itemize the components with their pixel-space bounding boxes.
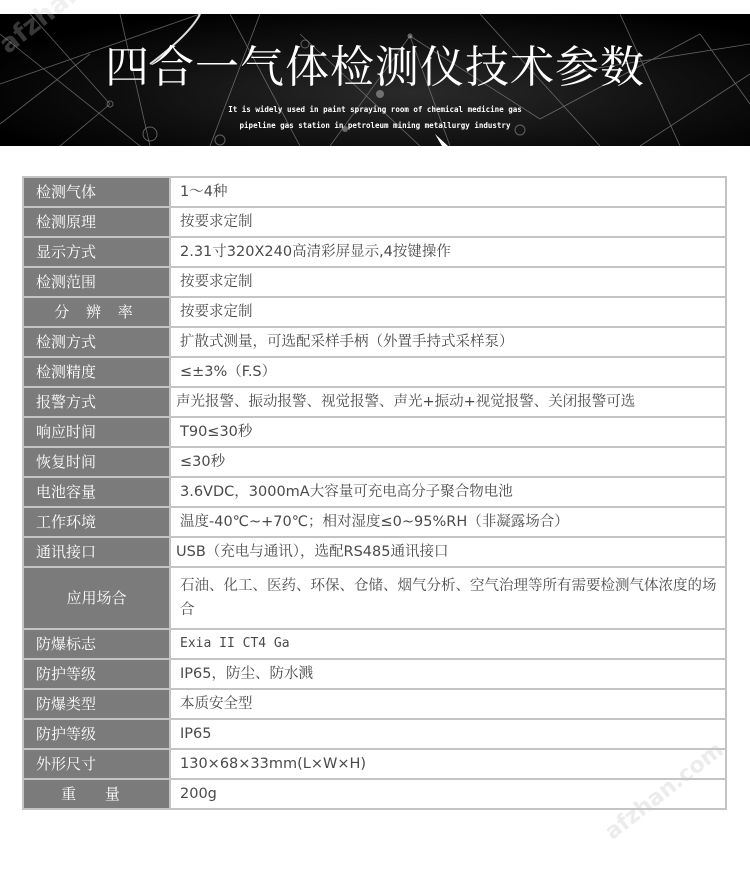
table-row: 电池容量 3.6VDC，3000mA大容量可充电高分子聚合物电池 [23, 477, 726, 507]
table-row: 显示方式 2.31寸320X240高清彩屏显示,4按键操作 [23, 237, 726, 267]
table-row: 响应时间 T90≤30秒 [23, 417, 726, 447]
row-label: 重 量 [23, 779, 170, 809]
row-label: 检测方式 [23, 327, 170, 357]
row-label: 检测范围 [23, 267, 170, 297]
row-value: 1～4种 [170, 177, 726, 207]
row-label: 工作环境 [23, 507, 170, 537]
table-row: 报警方式 声光报警、振动报警、视觉报警、声光+振动+视觉报警、关闭报警可选 [23, 387, 726, 417]
row-value: ≤30秒 [170, 447, 726, 477]
row-label: 电池容量 [23, 477, 170, 507]
row-label: 防护等级 [23, 719, 170, 749]
table-row: 恢复时间 ≤30秒 [23, 447, 726, 477]
row-label: 检测原理 [23, 207, 170, 237]
row-label: 显示方式 [23, 237, 170, 267]
row-label: 防爆类型 [23, 689, 170, 719]
table-row: 分 辨 率 按要求定制 [23, 297, 726, 327]
row-value: ≤±3%（F.S） [170, 357, 726, 387]
row-label: 检测气体 [23, 177, 170, 207]
row-value: 本质安全型 [170, 689, 726, 719]
row-value: 3.6VDC，3000mA大容量可充电高分子聚合物电池 [170, 477, 726, 507]
row-value: 声光报警、振动报警、视觉报警、声光+振动+视觉报警、关闭报警可选 [170, 387, 726, 417]
header-banner: 四合一气体检测仪技术参数 It is widely used in paint … [0, 14, 750, 146]
row-value: 按要求定制 [170, 267, 726, 297]
banner-subtitle-line1: It is widely used in paint spraying room… [0, 105, 750, 114]
table-row: 重 量 200g [23, 779, 726, 809]
row-value: USB（充电与通讯），选配RS485通讯接口 [170, 537, 726, 567]
row-value: 温度-40℃~+70℃；相对湿度≤0~95%RH（非凝露场合） [170, 507, 726, 537]
banner-subtitle-line2: pipeline gas station in petroleum mining… [0, 121, 750, 130]
row-value: 扩散式测量，可选配采样手柄（外置手持式采样泵） [170, 327, 726, 357]
row-value: 按要求定制 [170, 207, 726, 237]
row-label: 防爆标志 [23, 629, 170, 659]
row-label: 报警方式 [23, 387, 170, 417]
row-value: IP65，防尘、防水溅 [170, 659, 726, 689]
row-value: 2.31寸320X240高清彩屏显示,4按键操作 [170, 237, 726, 267]
row-label: 通讯接口 [23, 537, 170, 567]
row-value: 石油、化工、医药、环保、仓储、烟气分析、空气治理等所有需要检测气体浓度的场合 [170, 567, 726, 629]
row-label: 防护等级 [23, 659, 170, 689]
table-row: 检测原理 按要求定制 [23, 207, 726, 237]
table-row: 防护等级 IP65 [23, 719, 726, 749]
table-row: 检测气体 1～4种 [23, 177, 726, 207]
row-label: 检测精度 [23, 357, 170, 387]
row-value: T90≤30秒 [170, 417, 726, 447]
row-label: 外形尺寸 [23, 749, 170, 779]
table-row: 检测范围 按要求定制 [23, 267, 726, 297]
row-value: Exia II CT4 Ga [170, 629, 726, 659]
row-value: 130×68×33mm(L×W×H) [170, 749, 726, 779]
table-row: 检测精度 ≤±3%（F.S） [23, 357, 726, 387]
row-value: 按要求定制 [170, 297, 726, 327]
row-label: 恢复时间 [23, 447, 170, 477]
table-row: 防护等级 IP65，防尘、防水溅 [23, 659, 726, 689]
row-label: 响应时间 [23, 417, 170, 447]
table-row: 外形尺寸 130×68×33mm(L×W×H) [23, 749, 726, 779]
row-label: 应用场合 [23, 567, 170, 629]
row-value: IP65 [170, 719, 726, 749]
table-row: 防爆标志 Exia II CT4 Ga [23, 629, 726, 659]
table-row: 防爆类型 本质安全型 [23, 689, 726, 719]
table-row: 工作环境 温度-40℃~+70℃；相对湿度≤0~95%RH（非凝露场合） [23, 507, 726, 537]
page-title: 四合一气体检测仪技术参数 [0, 42, 750, 94]
spec-table: 检测气体 1～4种 检测原理 按要求定制 显示方式 2.31寸320X240高清… [22, 176, 727, 810]
table-row: 检测方式 扩散式测量，可选配采样手柄（外置手持式采样泵） [23, 327, 726, 357]
table-row: 通讯接口 USB（充电与通讯），选配RS485通讯接口 [23, 537, 726, 567]
row-label: 分 辨 率 [23, 297, 170, 327]
table-row: 应用场合 石油、化工、医药、环保、仓储、烟气分析、空气治理等所有需要检测气体浓度… [23, 567, 726, 629]
